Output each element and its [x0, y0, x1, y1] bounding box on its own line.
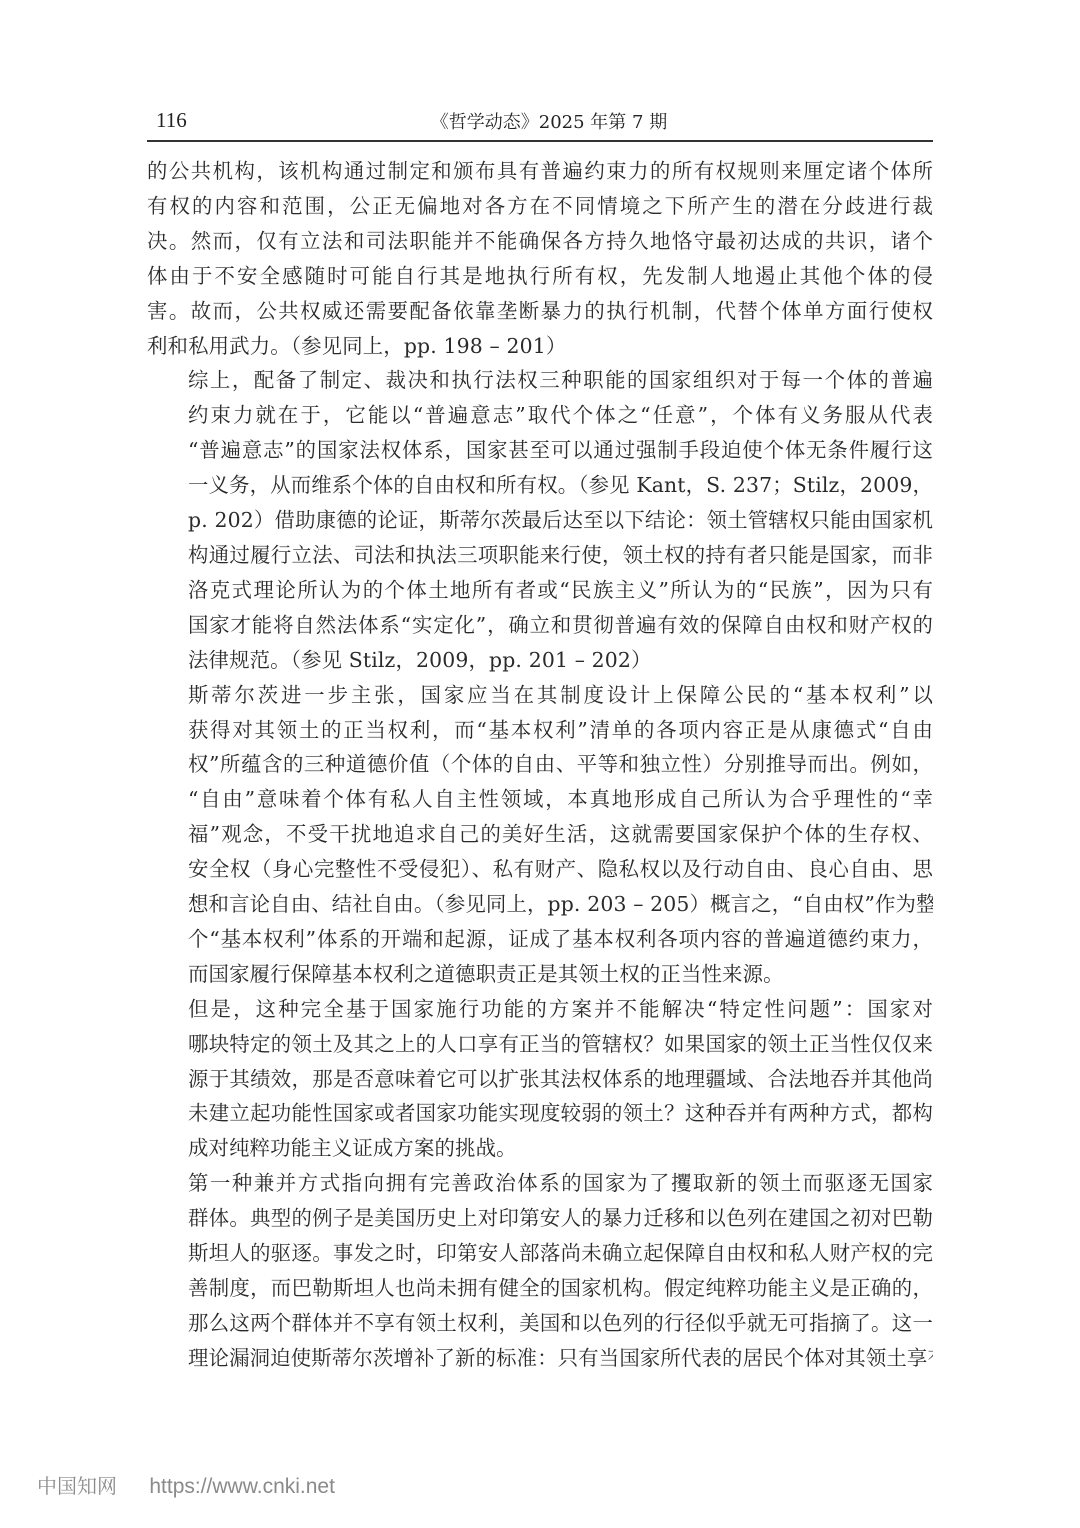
text-line: 综上，配备了制定、裁决和执行法权三种职能的国家组织对于每一个体的普遍 — [147, 363, 933, 398]
text-line: 决。然而，仅有立法和司法职能并不能确保各方持久地恪守最初达成的共识，诸个 — [147, 224, 933, 259]
text-line: 那么这两个群体并不享有领土权利，美国和以色列的行径似乎就无可指摘了。这一 — [147, 1306, 933, 1341]
text-line: 而国家履行保障基本权利之道德职责正是其领土权的正当性来源。 — [147, 957, 933, 992]
text-line: 第一种兼并方式指向拥有完善政治体系的国家为了攫取新的领土而驱逐无国家 — [147, 1166, 933, 1201]
text-line: 未建立起功能性国家或者国家功能实现度较弱的领土？这种吞并有两种方式，都构 — [147, 1096, 933, 1131]
paragraph: 第一种兼并方式指向拥有完善政治体系的国家为了攫取新的领土而驱逐无国家群体。典型的… — [147, 1166, 933, 1375]
text-line: 群体。典型的例子是美国历史上对印第安人的暴力迁移和以色列在建国之初对巴勒 — [147, 1201, 933, 1236]
text-line: 国家才能将自然法体系“实定化”，确立和贯彻普遍有效的保障自由权和财产权的 — [147, 608, 933, 643]
text-line: 害。故而，公共权威还需要配备依靠垄断暴力的执行机制，代替个体单方面行使权 — [147, 294, 933, 329]
text-line: 一义务，从而维系个体的自由权和所有权。（参见 Kant，S. 237；Stilz… — [147, 468, 933, 503]
text-line: 想和言论自由、结社自由。（参见同上，pp. 203 – 205）概言之，“自由权… — [147, 887, 933, 922]
text-line: 斯坦人的驱逐。事发之时，印第安人部落尚未确立起保障自由权和私人财产权的完 — [147, 1236, 933, 1271]
article-body: 的公共机构，该机构通过制定和颁布具有普遍约束力的所有权规则来厘定诸个体所有权的内… — [147, 154, 933, 1376]
text-line: 洛克式理论所认为的个体土地所有者或“民族主义”所认为的“民族”，因为只有 — [147, 573, 933, 608]
text-line: 获得对其领土的正当权利，而“基本权利”清单的各项内容正是从康德式“自由 — [147, 713, 933, 748]
text-line: 体由于不安全感随时可能自行其是地执行所有权，先发制人地遏止其他个体的侵 — [147, 259, 933, 294]
text-line: “自由”意味着个体有私人自主性领域，本真地形成自己所认为合乎理性的“幸 — [147, 782, 933, 817]
cnki-brand: 中国知网 — [37, 1474, 117, 1498]
text-line: 个“基本权利”体系的开端和起源，证成了基本权利各项内容的普遍道德约束力， — [147, 922, 933, 957]
cnki-url[interactable]: https://www.cnki.net — [149, 1475, 335, 1498]
paragraph: 但是，这种完全基于国家施行功能的方案并不能解决“特定性问题”：国家对哪块特定的领… — [147, 992, 933, 1167]
paragraph: 斯蒂尔茨进一步主张，国家应当在其制度设计上保障公民的“基本权利”以获得对其领土的… — [147, 678, 933, 992]
text-line: 但是，这种完全基于国家施行功能的方案并不能解决“特定性问题”：国家对 — [147, 992, 933, 1027]
text-line: 福”观念，不受干扰地追求自己的美好生活，这就需要国家保护个体的生存权、 — [147, 817, 933, 852]
text-line: 法律规范。（参见 Stilz，2009，pp. 201 – 202） — [147, 643, 933, 678]
paragraph: 的公共机构，该机构通过制定和颁布具有普遍约束力的所有权规则来厘定诸个体所有权的内… — [147, 154, 933, 363]
text-line: 成对纯粹功能主义证成方案的挑战。 — [147, 1131, 933, 1166]
running-header: 116 《哲学动态》2025 年第 7 期 — [147, 104, 933, 142]
text-line: 约束力就在于，它能以“普遍意志”取代个体之“任意”，个体有义务服从代表 — [147, 398, 933, 433]
text-line: 有权的内容和范围，公正无偏地对各方在不同情境之下所产生的潜在分歧进行裁 — [147, 189, 933, 224]
text-line: 善制度，而巴勒斯坦人也尚未拥有健全的国家机构。假定纯粹功能主义是正确的， — [147, 1271, 933, 1306]
text-line: 哪块特定的领土及其之上的人口享有正当的管辖权？如果国家的领土正当性仅仅来 — [147, 1027, 933, 1062]
text-line: 的公共机构，该机构通过制定和颁布具有普遍约束力的所有权规则来厘定诸个体所 — [147, 154, 933, 189]
text-line: “普遍意志”的国家法权体系，国家甚至可以通过强制手段迫使个体无条件履行这 — [147, 433, 933, 468]
paragraph: 综上，配备了制定、裁决和执行法权三种职能的国家组织对于每一个体的普遍约束力就在于… — [147, 363, 933, 677]
text-line: 源于其绩效，那是否意味着它可以扩张其法权体系的地理疆域、合法地吞并其他尚 — [147, 1062, 933, 1097]
text-line: 斯蒂尔茨进一步主张，国家应当在其制度设计上保障公民的“基本权利”以 — [147, 678, 933, 713]
journal-title: 《哲学动态》2025 年第 7 期 — [147, 108, 933, 134]
text-line: 理论漏洞迫使斯蒂尔茨增补了新的标准：只有当国家所代表的居民个体对其领土享有正 — [147, 1341, 933, 1376]
text-line: 安全权（身心完整性不受侵犯）、私有财产、隐私权以及行动自由、良心自由、思 — [147, 852, 933, 887]
text-line: 权”所蕴含的三种道德价值（个体的自由、平等和独立性）分别推导而出。例如， — [147, 747, 933, 782]
text-line: 利和私用武力。（参见同上，pp. 198 – 201） — [147, 329, 933, 364]
text-line: 构通过履行立法、司法和执法三项职能来行使，领土权的持有者只能是国家，而非 — [147, 538, 933, 573]
text-line: p. 202）借助康德的论证，斯蒂尔茨最后达至以下结论：领土管辖权只能由国家机 — [147, 503, 933, 538]
watermark-footer: 中国知网 https://www.cnki.net — [37, 1470, 335, 1499]
